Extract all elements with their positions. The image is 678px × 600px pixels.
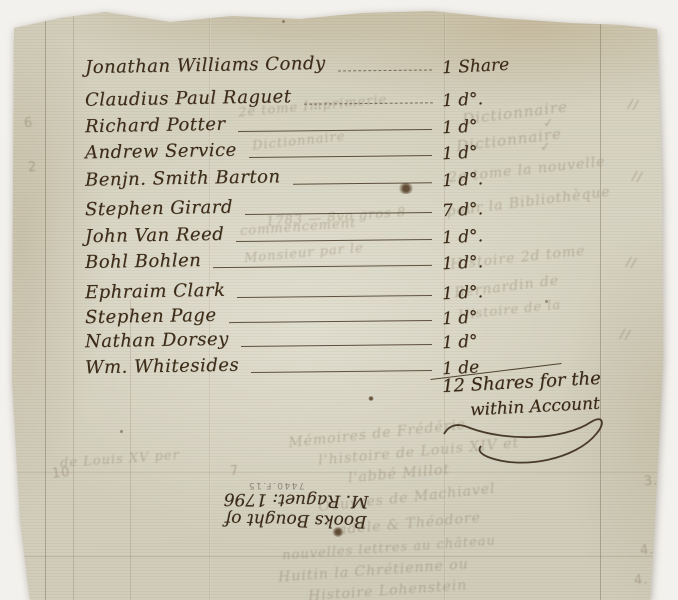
ghost-checkmark: ✓ <box>542 116 555 132</box>
dash-rule <box>236 239 432 242</box>
fold-line <box>45 0 46 600</box>
dash-rule <box>213 265 432 268</box>
share-value: 1 Share <box>442 54 531 79</box>
table-row: Stephen Girard 7 d°. <box>85 198 530 222</box>
ghost-number: 4. <box>639 542 655 558</box>
share-value: 7 d°. <box>442 197 531 222</box>
subscriber-name: Ephraim Clark <box>85 280 226 303</box>
dash-rule <box>229 320 432 323</box>
paper-speck <box>120 430 123 433</box>
subscriber-name: John Van Reed <box>85 224 225 247</box>
endorsement-line1: Books Bought of <box>200 508 392 531</box>
table-row: Bohl Bohlen 1 d°. <box>85 251 530 275</box>
dash-rule <box>241 344 432 347</box>
dash-rule <box>249 155 432 158</box>
ink-blot <box>398 183 414 194</box>
subscriber-name: Claudius Paul Raguet <box>85 86 292 111</box>
subscriber-name: Richard Potter <box>85 114 226 137</box>
subscriber-name: Stephen Page <box>85 305 217 328</box>
ruled-line <box>600 0 601 600</box>
fold-crease-horizontal <box>0 472 678 473</box>
subscriber-name: Jonathan Williams Condy <box>85 53 326 78</box>
paper-sheet: Dictionnaire Dictionnaire 2e tome la nou… <box>0 0 678 600</box>
table-row: Ephraim Clark 1 d°. <box>85 281 530 305</box>
share-value: 1 d° <box>442 305 531 330</box>
table-row: Richard Potter 1 d° <box>85 115 530 139</box>
dash-rule <box>303 102 432 104</box>
ghost-tally-mark: // <box>627 97 641 114</box>
ghost-number: 3. <box>643 473 659 489</box>
ghost-tally-mark: // <box>631 169 645 186</box>
ink-blot <box>332 527 344 537</box>
dash-rule <box>238 129 432 132</box>
endorsement-line2: M. Raguet: 1796 <box>200 488 392 511</box>
share-value: 1 d°. <box>442 250 531 275</box>
table-row: Andrew Service 1 d° <box>85 141 530 165</box>
subscriber-name: Nathan Dorsey <box>85 329 229 353</box>
share-value: 1 d°. <box>442 167 531 192</box>
share-value: 1 d° <box>442 140 531 165</box>
share-value: 1 d° <box>442 114 531 139</box>
subscriber-name: Andrew Service <box>85 140 237 164</box>
subscriber-name: Wm. Whitesides <box>85 355 239 379</box>
scanned-document-page: Dictionnaire Dictionnaire 2e tome la nou… <box>0 0 678 600</box>
ghost-text: de Louis XV per <box>60 448 181 471</box>
subscriber-name: Stephen Girard <box>85 197 233 221</box>
fold-line <box>73 0 74 600</box>
share-value: 1 d°. <box>442 280 531 305</box>
share-value: 1 d°. <box>442 87 531 112</box>
paper-speck <box>282 20 285 23</box>
ghost-tally-mark: // <box>619 327 633 344</box>
table-row: Stephen Page 1 d° <box>85 306 530 330</box>
dash-rule <box>237 295 432 298</box>
share-value: 1 d° <box>442 329 531 354</box>
table-row: Jonathan Williams Condy 1 Share <box>85 55 530 79</box>
ghost-number: 2 <box>27 160 38 176</box>
endorsement: Books Bought of M. Raguet: 1796 <box>200 488 393 531</box>
ghost-number: 7 <box>229 464 240 480</box>
ghost-number: 6 <box>23 116 34 132</box>
dash-rule <box>338 70 432 72</box>
table-row: Benjn. Smith Barton 1 d°. <box>85 168 530 192</box>
table-row: Nathan Dorsey 1 d° <box>85 330 530 354</box>
ghost-tally-mark: // <box>625 255 639 272</box>
ghost-checkmark: ✓ <box>539 140 552 156</box>
ghost-number: 10 <box>51 465 71 482</box>
dash-rule <box>251 370 432 373</box>
paper-shadow: Dictionnaire Dictionnaire 2e tome la nou… <box>0 0 678 600</box>
subscriber-name: Bohl Bohlen <box>85 250 202 273</box>
pen-flourish <box>426 410 611 472</box>
dash-rule <box>245 212 432 215</box>
table-row: John Van Reed 1 d°. <box>85 225 530 249</box>
ghost-number: 4. <box>633 572 649 588</box>
ink-blot <box>368 396 374 401</box>
pencil-catalog-number: 7440.F.15 <box>238 480 314 490</box>
share-value: 1 d°. <box>442 224 531 249</box>
paper-speck <box>545 300 548 303</box>
table-row: Claudius Paul Raguet 1 d°. <box>85 88 530 112</box>
subscriber-name: Benjn. Smith Barton <box>85 166 281 190</box>
